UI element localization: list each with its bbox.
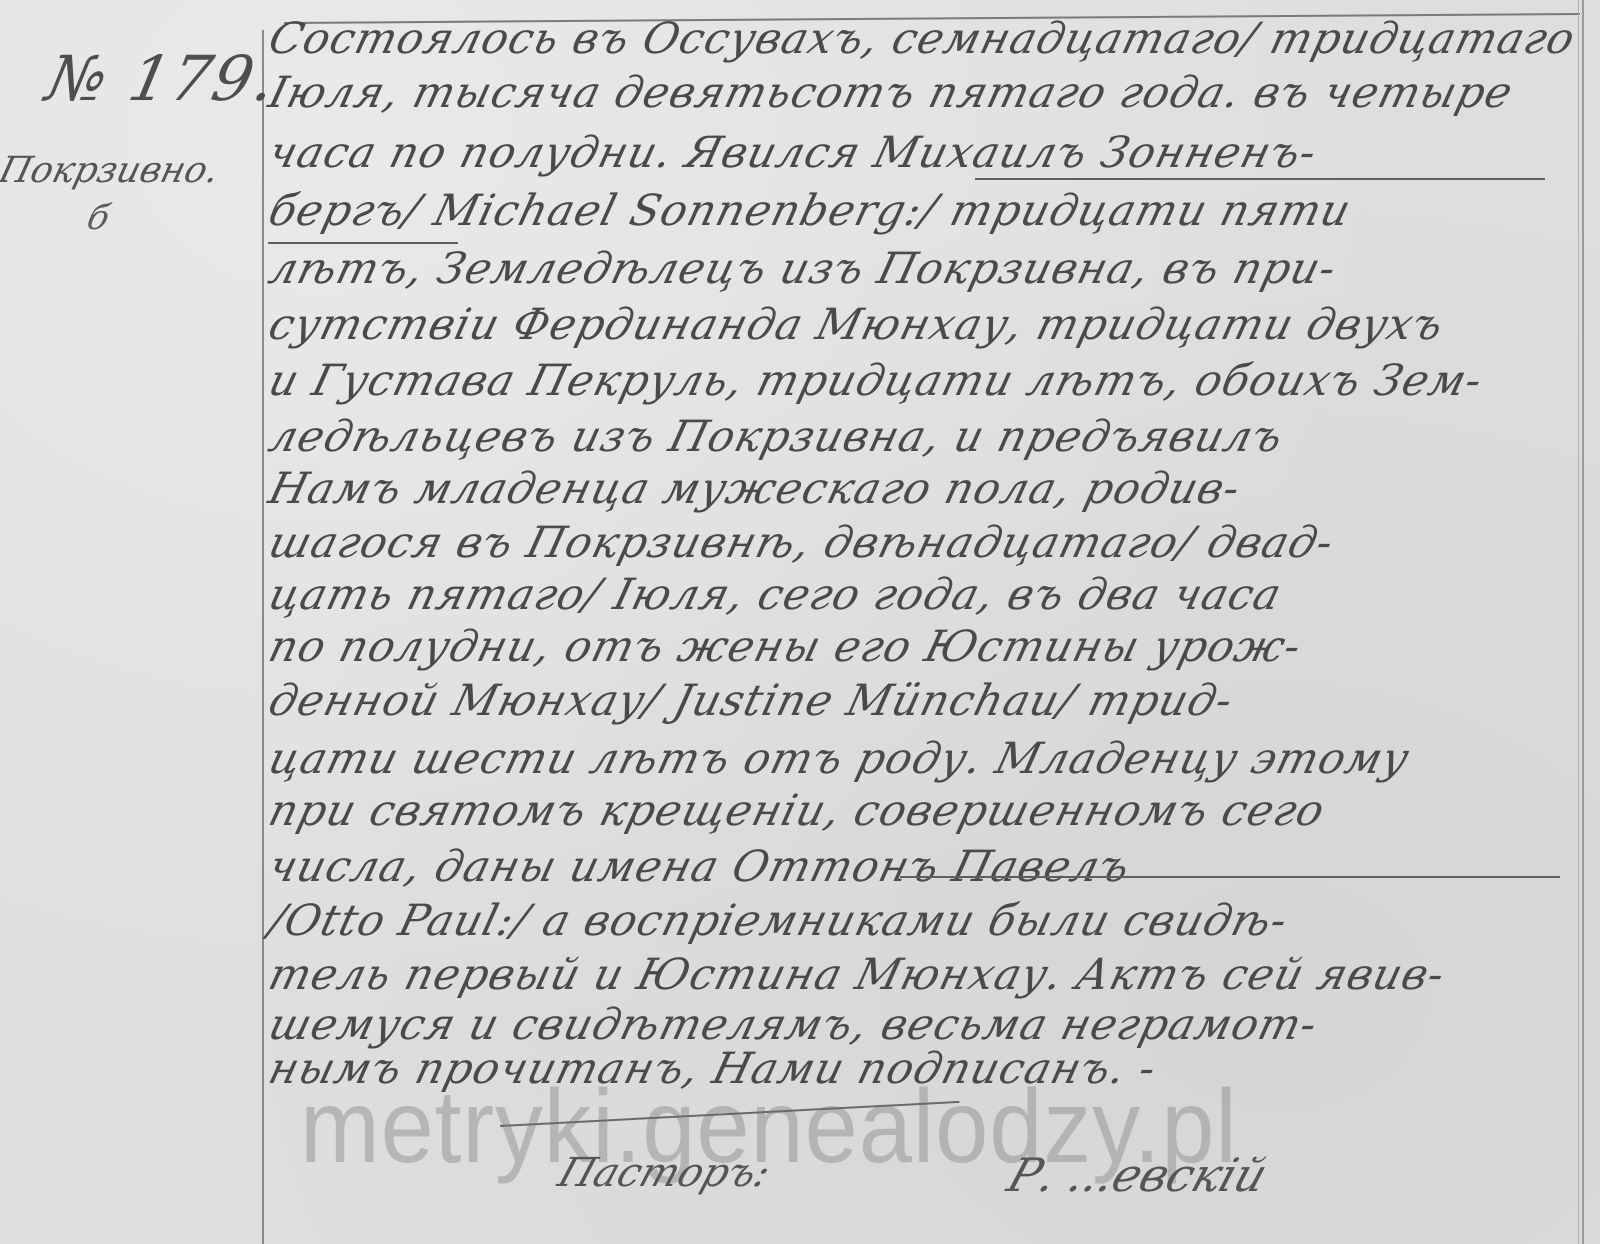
text-line-11: цать пятаго/ Іюля, сего года, въ два час… [264,570,1287,620]
signature-pastor-label: Пасторъ: [553,1150,777,1196]
text-line-16: числа, даны имена Оттонъ Павелъ [264,842,1136,892]
margin-place-mark: б [83,198,114,238]
text-line-10: шагося въ Покрзивнѣ, двѣнадцатаго/ двад- [264,518,1339,568]
text-line-6: сутствіи Фердинанда Мюнхау, тридцати дву… [264,300,1449,350]
text-line-8: ледѣльцевъ изъ Покрзивна, и предъявилъ [264,412,1289,462]
text-line-12: по полудни, отъ жены его Юстины урож- [264,622,1307,672]
signature-pastor-name: Р. ...евскій [1001,1148,1274,1202]
text-line-3: часа по полудни. Явился Михаилъ Зонненъ- [264,128,1322,178]
text-line-4: бергъ/ Michael Sonnenberg:/ тридцати пят… [264,186,1357,236]
page-right-edge-inner [1578,0,1579,1244]
signature-flourish [500,1101,959,1127]
text-line-7: и Густава Пекруль, тридцати лѣтъ, обоихъ… [264,356,1488,406]
text-line-1: Состоялось въ Оссувахъ, семнадцатаго/ тр… [264,14,1581,64]
record-number: № 179. [40,42,284,115]
text-line-15: при святомъ крещеніи, совершенномъ сего [264,786,1330,836]
father-name-underline [975,178,1545,180]
child-name-underline [900,876,1560,878]
text-line-2: Іюля, тысяча девятьсотъ пятаго года. въ … [264,68,1518,118]
text-line-19: шемуся и свидѣтелямъ, весьма неграмот- [264,1000,1323,1050]
text-line-9: Намъ младенца мужескаго пола, родив- [264,464,1246,514]
margin-divider-line [262,30,264,1244]
text-line-5: лѣтъ, Земледѣлецъ изъ Покрзивна, въ при- [264,244,1342,294]
text-line-14: цати шести лѣтъ отъ роду. Младенцу этому [264,734,1415,784]
document-page: № 179. Покрзивно. б Состоялось въ Оссува… [0,0,1600,1244]
text-line-18: тель первый и Юстина Мюнхау. Актъ сей яв… [264,950,1450,1000]
text-line-17: /Otto Paul:/ а воспріемниками были свидѣ… [264,896,1293,946]
text-line-13: денной Мюнхау/ Justine Münchau/ трид- [264,676,1239,726]
margin-place-name: Покрзивно. [0,150,223,191]
text-line-20: нымъ прочитанъ, Нами подписанъ. - [264,1044,1162,1094]
page-right-edge [1582,0,1584,1244]
